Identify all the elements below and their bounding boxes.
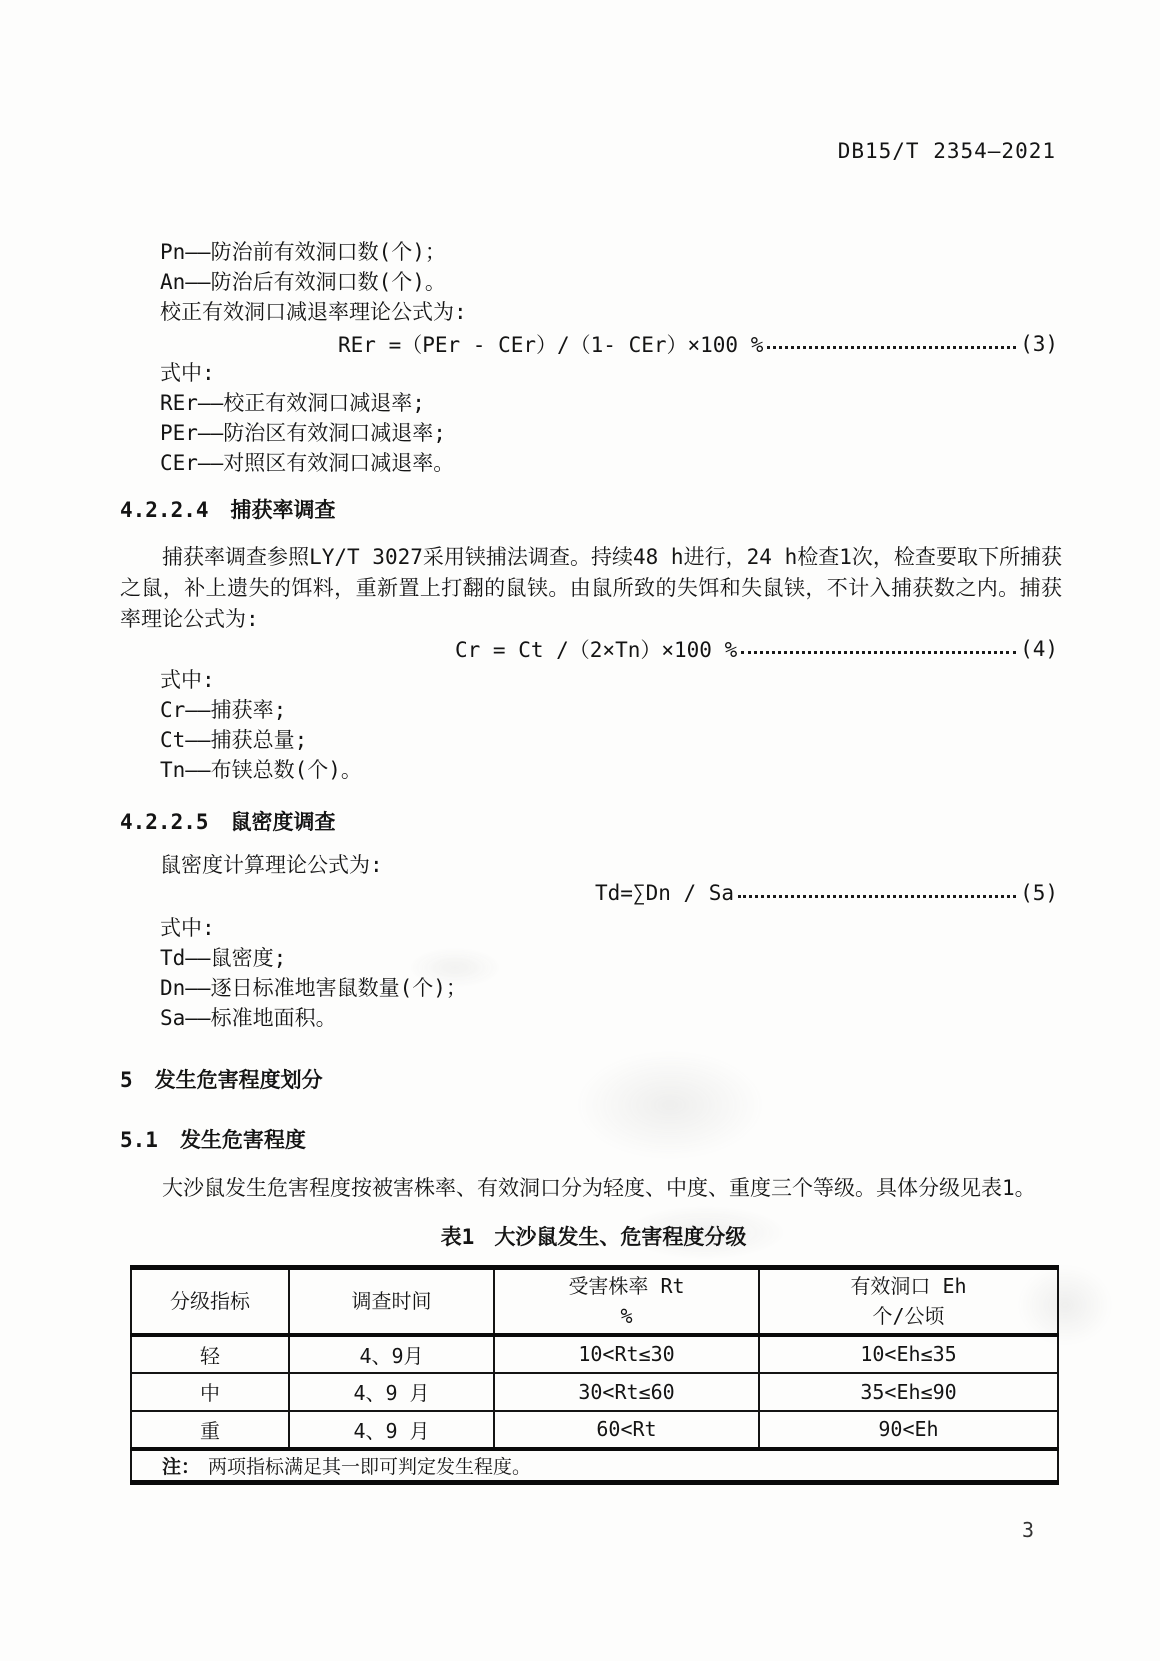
paragraph-severity: 大沙鼠发生危害程度按被害株率、有效洞口分为轻度、中度、重度三个等级。具体分级见表… <box>120 1173 1062 1204</box>
table-cell: 4、9 月 <box>289 1373 494 1411</box>
table-header-row: 分级指标 调查时间 受害株率 Rt % 有效洞口 Eh 个/公顷 <box>131 1268 1058 1335</box>
section-heading-4-2-2-4: 4.2.2.4捕获率调查 <box>120 495 336 525</box>
definition-line: Td——鼠密度; <box>160 943 467 973</box>
table-cell: 10<Rt≤30 <box>494 1335 759 1373</box>
table-cell: 30<Rt≤60 <box>494 1373 759 1411</box>
table-cell: 90<Eh <box>759 1411 1058 1449</box>
definition-line: Cr——捕获率; <box>160 695 362 725</box>
paragraph-capture-rate: 捕获率调查参照LY/T 3027采用铗捕法调查。持续48 h进行，24 h检查1… <box>120 542 1062 635</box>
section-number: 4.2.2.5 <box>120 810 209 834</box>
where-label: 式中: <box>160 665 362 695</box>
formula-5-definitions: 式中: Td——鼠密度; Dn——逐日标准地害鼠数量(个)； Sa——标准地面积… <box>160 913 467 1033</box>
scan-smudge <box>540 1030 800 1180</box>
table-cell: 35<Eh≤90 <box>759 1373 1058 1411</box>
formula-body: REr =（PEr - CEr）/（1- CEr）×100 % <box>338 329 763 359</box>
section-heading-5-1: 5.1发生危害程度 <box>120 1125 306 1155</box>
formula-body: Td=∑Dn / Sa <box>595 881 734 905</box>
section-heading-5: 5发生危害程度划分 <box>120 1065 323 1095</box>
table-cell: 4、9 月 <box>289 1411 494 1449</box>
note-text: 两项指标满足其一即可判定发生程度。 <box>208 1456 531 1478</box>
formula-number: (5) <box>1020 881 1058 905</box>
formula-body: Cr = Ct /（2×Tn）×100 % <box>455 634 737 664</box>
formula-3: REr =（PEr - CEr）/（1- CEr）×100 % (3) <box>338 329 1058 359</box>
where-label: 式中: <box>160 913 467 943</box>
note-label: 注： <box>162 1456 200 1478</box>
formula-number: (3) <box>1020 332 1058 356</box>
doc-number-header: DB15/T 2354—2021 <box>838 139 1056 163</box>
header-line-1: 有效洞口 Eh <box>760 1271 1057 1301</box>
table-row: 中 4、9 月 30<Rt≤60 35<Eh≤90 <box>131 1373 1058 1411</box>
formula-number: (4) <box>1020 637 1058 661</box>
table-cell: 4、9月 <box>289 1335 494 1373</box>
definition-line: Tn——布铗总数(个)。 <box>160 755 362 785</box>
table-cell: 60<Rt <box>494 1411 759 1449</box>
table-cell: 10<Eh≤35 <box>759 1335 1058 1373</box>
definition-line: CEr——对照区有效洞口减退率。 <box>160 448 454 478</box>
section-heading-4-2-2-5: 4.2.2.5鼠密度调查 <box>120 807 336 837</box>
table-label: 表1 <box>441 1225 475 1249</box>
page-number: 3 <box>1010 1518 1046 1542</box>
section-title: 鼠密度调查 <box>231 810 336 834</box>
table-cell: 中 <box>131 1373 289 1411</box>
table-cell: 重 <box>131 1411 289 1449</box>
definition-line: PEr——防治区有效洞口减退率; <box>160 418 454 448</box>
formula-3-preamble: Pn——防治前有效洞口数(个)； An——防治后有效洞口数(个)。 校正有效洞口… <box>160 237 467 327</box>
dotted-leader <box>738 894 1016 898</box>
document-page: DB15/T 2354—2021 Pn——防治前有效洞口数(个)； An——防治… <box>0 0 1160 1661</box>
definition-line: REr——校正有效洞口减退率; <box>160 388 454 418</box>
section-title: 发生危害程度划分 <box>155 1068 323 1092</box>
formula-3-definitions: 式中: REr——校正有效洞口减退率; PEr——防治区有效洞口减退率; CEr… <box>160 358 454 478</box>
definition-line: Ct——捕获总量; <box>160 725 362 755</box>
table-header-cell: 分级指标 <box>131 1268 289 1335</box>
formula-4-definitions: 式中: Cr——捕获率; Ct——捕获总量; Tn——布铗总数(个)。 <box>160 665 362 785</box>
formula-4: Cr = Ct /（2×Tn）×100 % (4) <box>455 634 1058 664</box>
definition-line: Dn——逐日标准地害鼠数量(个)； <box>160 973 467 1003</box>
section-number: 5.1 <box>120 1128 158 1152</box>
formula-5-preamble: 鼠密度计算理论公式为: <box>160 850 383 880</box>
section-number: 5 <box>120 1068 133 1092</box>
definition-line: Pn——防治前有效洞口数(个)； <box>160 237 467 267</box>
definition-line: An——防治后有效洞口数(个)。 <box>160 267 467 297</box>
table-title-text: 大沙鼠发生、危害程度分级 <box>494 1225 746 1249</box>
table-note-cell: 注：两项指标满足其一即可判定发生程度。 <box>131 1449 1058 1483</box>
table-1-title: 表1大沙鼠发生、危害程度分级 <box>130 1222 1057 1252</box>
formula-5: Td=∑Dn / Sa (5) <box>595 881 1058 905</box>
table-note-row: 注：两项指标满足其一即可判定发生程度。 <box>131 1449 1058 1483</box>
table-row: 重 4、9 月 60<Rt 90<Eh <box>131 1411 1058 1449</box>
header-line-1: 受害株率 Rt <box>495 1271 758 1301</box>
table-header-cell: 调查时间 <box>289 1268 494 1335</box>
table-header-cell: 受害株率 Rt % <box>494 1268 759 1335</box>
dotted-leader <box>741 650 1016 654</box>
header-line-2: 个/公顷 <box>760 1301 1057 1331</box>
where-label: 式中: <box>160 358 454 388</box>
definition-line: Sa——标准地面积。 <box>160 1003 467 1033</box>
section-number: 4.2.2.4 <box>120 498 209 522</box>
table-row: 轻 4、9月 10<Rt≤30 10<Eh≤35 <box>131 1335 1058 1373</box>
table-cell: 轻 <box>131 1335 289 1373</box>
table-header-cell: 有效洞口 Eh 个/公顷 <box>759 1268 1058 1335</box>
table-1: 分级指标 调查时间 受害株率 Rt % 有效洞口 Eh 个/公顷 轻 4、9月 … <box>130 1265 1059 1485</box>
definition-line: 校正有效洞口减退率理论公式为: <box>160 297 467 327</box>
section-title: 发生危害程度 <box>180 1128 306 1152</box>
header-line-2: % <box>495 1301 758 1331</box>
dotted-leader <box>767 345 1016 349</box>
section-title: 捕获率调查 <box>231 498 336 522</box>
